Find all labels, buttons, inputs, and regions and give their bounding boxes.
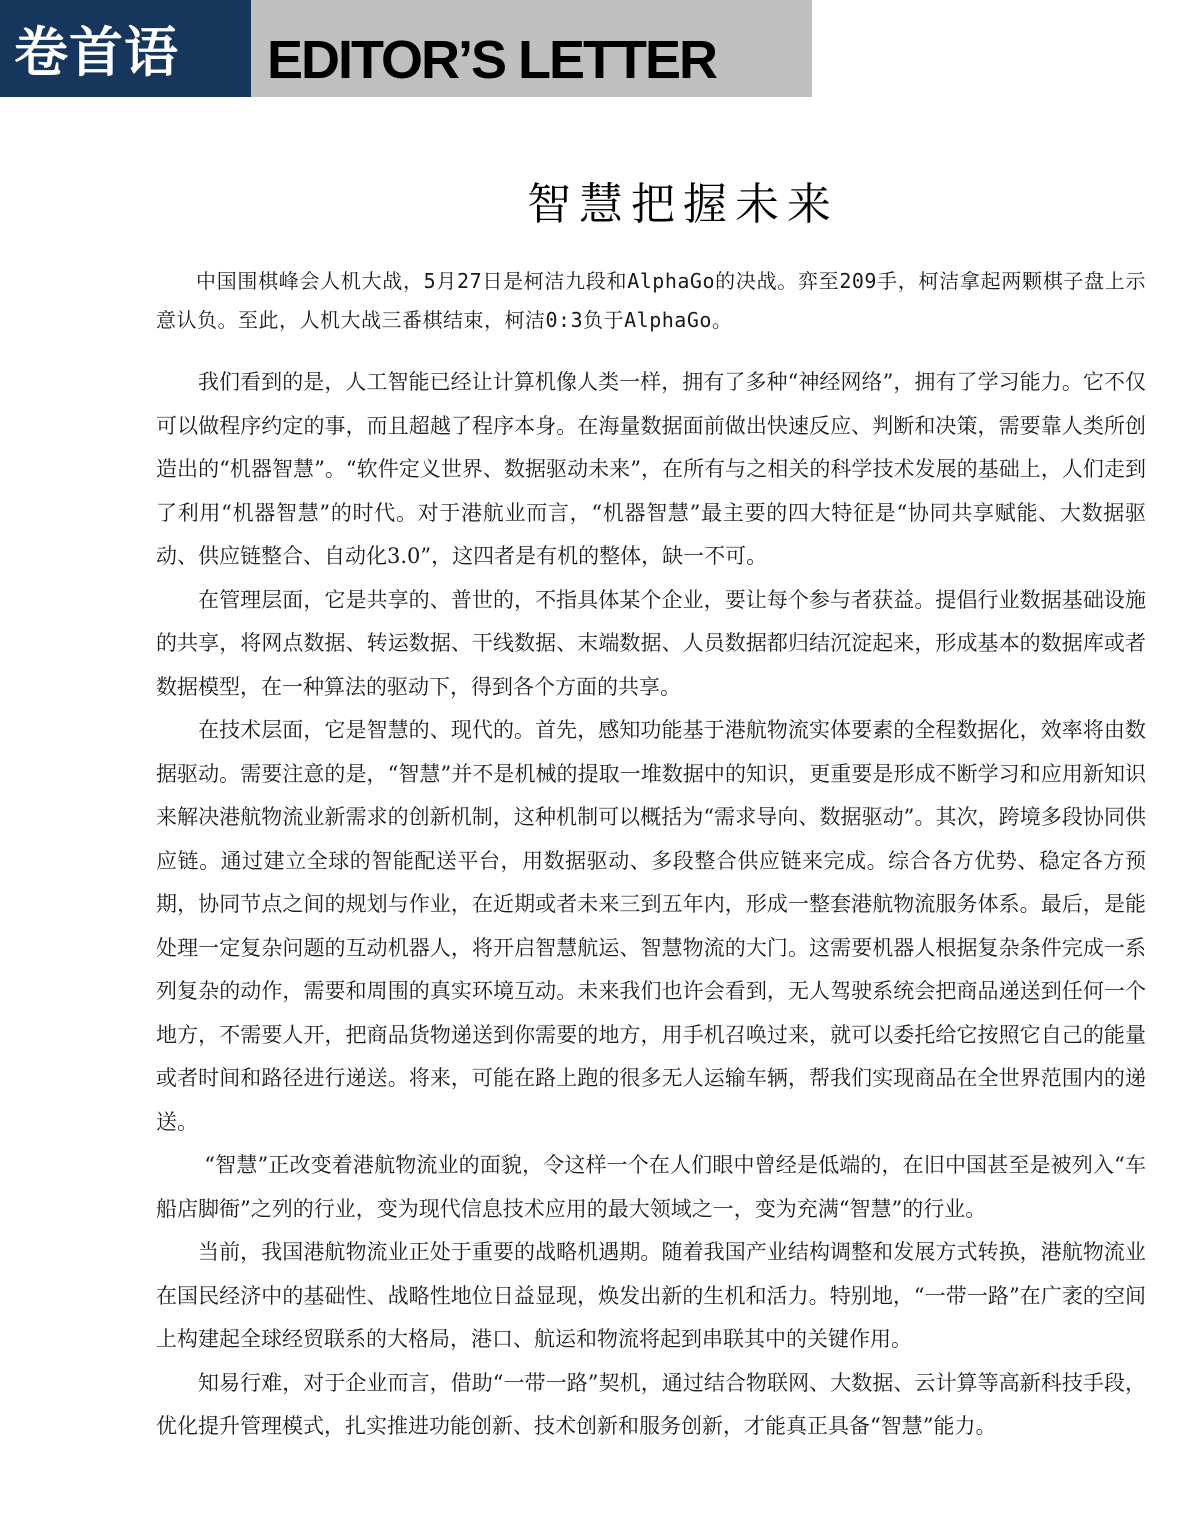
article-body: 中国围棋峰会人机大战，5月27日是柯洁九段和AlphaGo的决战。弈至209手，… [156, 262, 1146, 1449]
paragraph-intro: 中国围棋峰会人机大战，5月27日是柯洁九段和AlphaGo的决战。弈至209手，… [156, 262, 1146, 340]
section-label-chinese: 卷首语 [0, 0, 251, 97]
section-header: 卷首语 EDITOR’S LETTER [0, 0, 812, 97]
paragraph-conclusion: 知易行难，对于企业而言，借助“一带一路”契机，通过结合物联网、大数据、云计算等高… [156, 1362, 1146, 1449]
paragraph-ai-overview: 我们看到的是，人工智能已经让计算机像人类一样，拥有了多种“神经网络”，拥有了学习… [156, 361, 1146, 579]
paragraph-management-level: 在管理层面，它是共享的、普世的，不指具体某个企业，要让每个参与者获益。提倡行业数… [156, 579, 1146, 710]
section-label-english: EDITOR’S LETTER [251, 0, 812, 97]
paragraph-strategic-opportunity: 当前，我国港航物流业正处于重要的战略机遇期。随着我国产业结构调整和发展方式转换，… [156, 1231, 1146, 1362]
article-title: 智慧把握未来 [527, 168, 839, 232]
paragraph-technology-level: 在技术层面，它是智慧的、现代的。首先，感知功能基于港航物流实体要素的全程数据化，… [156, 709, 1146, 1144]
paragraph-industry-change: “智慧”正改变着港航物流业的面貌，令这样一个在人们眼中曾经是低端的，在旧中国甚至… [156, 1144, 1146, 1231]
